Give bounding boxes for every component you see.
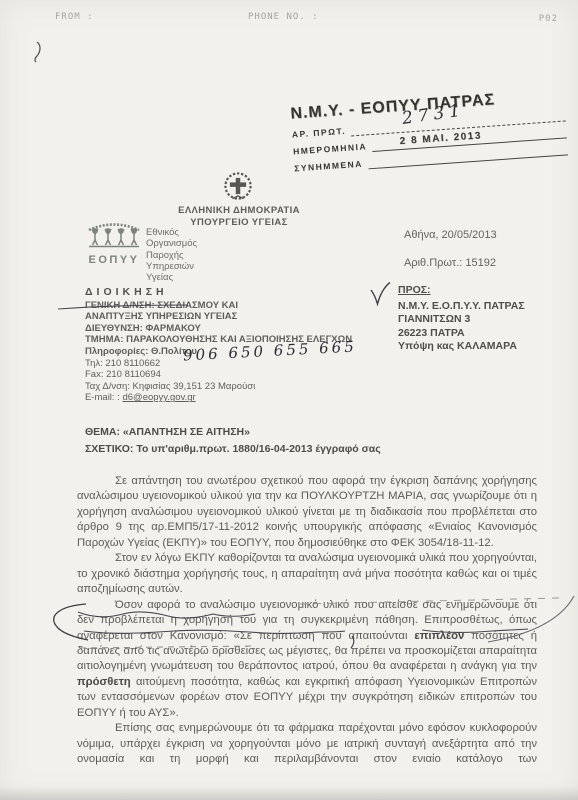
fax-page-number: P02: [539, 14, 558, 24]
email-address: d6@eopyy.gov.gr: [122, 392, 195, 403]
stamp-attachments-label: ΣΥΝΗΜΜΕΝΑ: [294, 159, 363, 175]
sender-general-directorate-line2: ΑΝΑΠΤΥΞΗΣ ΥΠΗΡΕΣΙΩΝ ΥΓΕΙΑΣ: [85, 311, 352, 323]
city-date: Αθήνα, 20/05/2013: [404, 229, 497, 241]
letter-body: Σε απάντηση του ανωτέρου σχετικού που αφ…: [77, 474, 537, 768]
administration-heading: ΔΙΟΙΚΗΣΗ: [85, 287, 352, 299]
eopyy-logo: ΕΟΠΥΥ: [86, 223, 142, 266]
sender-fax: Fax: 210 8110694: [85, 369, 352, 381]
eopyy-figures-icon: [87, 223, 141, 248]
recipient-line: 26223 ΠΑΤΡΑ: [398, 327, 525, 341]
recipient-line: Ν.Μ.Υ. Ε.Ο.Π.Υ.Υ. ΠΑΤΡΑΣ: [398, 300, 525, 314]
subject-block: ΘΕΜΑ: «ΑΠΑΝΤΗΣΗ ΣΕ ΑΙΤΗΣΗ» ΣΧΕΤΙΚΟ: Το υ…: [85, 424, 381, 457]
sender-directorate: ΔΙΕΥΘΥΝΣΗ: ΦΑΡΜΑΚΟΥ: [85, 323, 352, 335]
registry-stamp: Ν.Μ.Υ. - ΕΟΠΥΥ ΠΑΤΡΑΣ ΑΡ. ΠΡΩΤ. 2731 ΗΜΕ…: [290, 87, 568, 175]
fax-from-label: FROM :: [55, 12, 94, 22]
body-paragraph-4: Επίσης σας ενημερώνουμε ότι τα φάρμακα π…: [77, 721, 537, 767]
stamp-protocol-label: ΑΡ. ΠΡΩΤ.: [292, 126, 347, 141]
body-paragraph-2: Στον εν λόγω ΕΚΠΥ καθορίζονται τα αναλώσ…: [77, 551, 537, 597]
recipient-line: ΓΙΑΝΝΙΤΣΩΝ 3: [398, 313, 525, 327]
sender-email-line: E-mail: : d6@eopyy.gov.gr: [85, 392, 352, 404]
fax-header: FROM : PHONE NO. : P02: [0, 12, 578, 28]
stamp-date-label: ΗΜΕΡΟΜΗΝΙΑ: [293, 141, 368, 157]
org-name-line: Οργανισμός: [146, 238, 197, 249]
scanned-fax-document: FROM : PHONE NO. : P02 Ν.Μ.Υ. - ΕΟΠΥΥ ΠΑ…: [0, 0, 578, 800]
org-name-line: Υπηρεσιών: [146, 261, 197, 272]
date-protocol-block: Αθήνα, 20/05/2013 Αριθ.Πρωτ.: 15192: [404, 229, 497, 269]
body-paragraph-3-bold-word: πρόσθετη: [77, 676, 131, 688]
body-paragraph-3: Όσον αφορά το αναλώσιμο υγειονομικό υλικ…: [77, 598, 537, 722]
email-label: E-mail: :: [85, 392, 120, 403]
body-paragraph-3-text: αιτούμενη ποσότητα, καθώς και εγκριτική …: [77, 676, 537, 719]
subject-theme: ΘΕΜΑ: «ΑΠΑΝΤΗΣΗ ΣΕ ΑΙΤΗΣΗ»: [85, 424, 381, 441]
eopyy-logo-text: ΕΟΠΥΥ: [86, 254, 142, 266]
protocol-number: Αριθ.Πρωτ.: 15192: [404, 257, 497, 269]
org-name-line: Υγείας: [146, 272, 197, 283]
body-paragraph-1: Σε απάντηση του ανωτέρου σχετικού που αφ…: [77, 474, 537, 551]
body-paragraph-3-bold-word: επιπλέον: [414, 630, 464, 642]
org-name-line: Παροχής: [146, 250, 197, 261]
checkmark-icon: [368, 281, 392, 309]
fax-phone-label: PHONE NO. :: [248, 12, 319, 22]
sender-general-directorate-line1: ΓΕΝΙΚΗ Δ/ΝΣΗ: ΣΧΕΔΙΑΣΜΟΥ ΚΑΙ: [85, 300, 352, 312]
sender-address: Ταχ Δ/νση: Κηφισίας 39,151 23 Μαρούσι: [85, 381, 352, 393]
recipient-line: Υπόψη κας ΚΑΛΑΜΑΡΑ: [398, 340, 525, 354]
recipient-label: ΠΡΟΣ:: [398, 284, 525, 298]
greek-emblem-icon: [220, 168, 256, 204]
republic-title: ΕΛΛΗΝΙΚΗ ΔΗΜΟΚΡΑΤΙΑ: [148, 205, 330, 217]
recipient-block: ΠΡΟΣ: Ν.Μ.Υ. Ε.Ο.Π.Υ.Υ. ΠΑΤΡΑΣ ΓΙΑΝΝΙΤΣΩ…: [398, 284, 525, 354]
stamp-date-value: 2 8 ΜΑΙ. 2013: [399, 130, 482, 147]
organization-name: Εθνικός Οργανισμός Παροχής Υπηρεσιών Υγε…: [146, 227, 197, 283]
ministry-letterhead: ΕΛΛΗΝΙΚΗ ΔΗΜΟΚΡΑΤΙΑ ΥΠΟΥΡΓΕΙΟ ΥΓΕΙΑΣ: [148, 205, 330, 229]
subject-reference: ΣΧΕΤΙΚΟ: Το υπ'αριθμ.πρωτ. 1880/16-04-20…: [85, 441, 381, 458]
org-name-line: Εθνικός: [146, 227, 197, 238]
